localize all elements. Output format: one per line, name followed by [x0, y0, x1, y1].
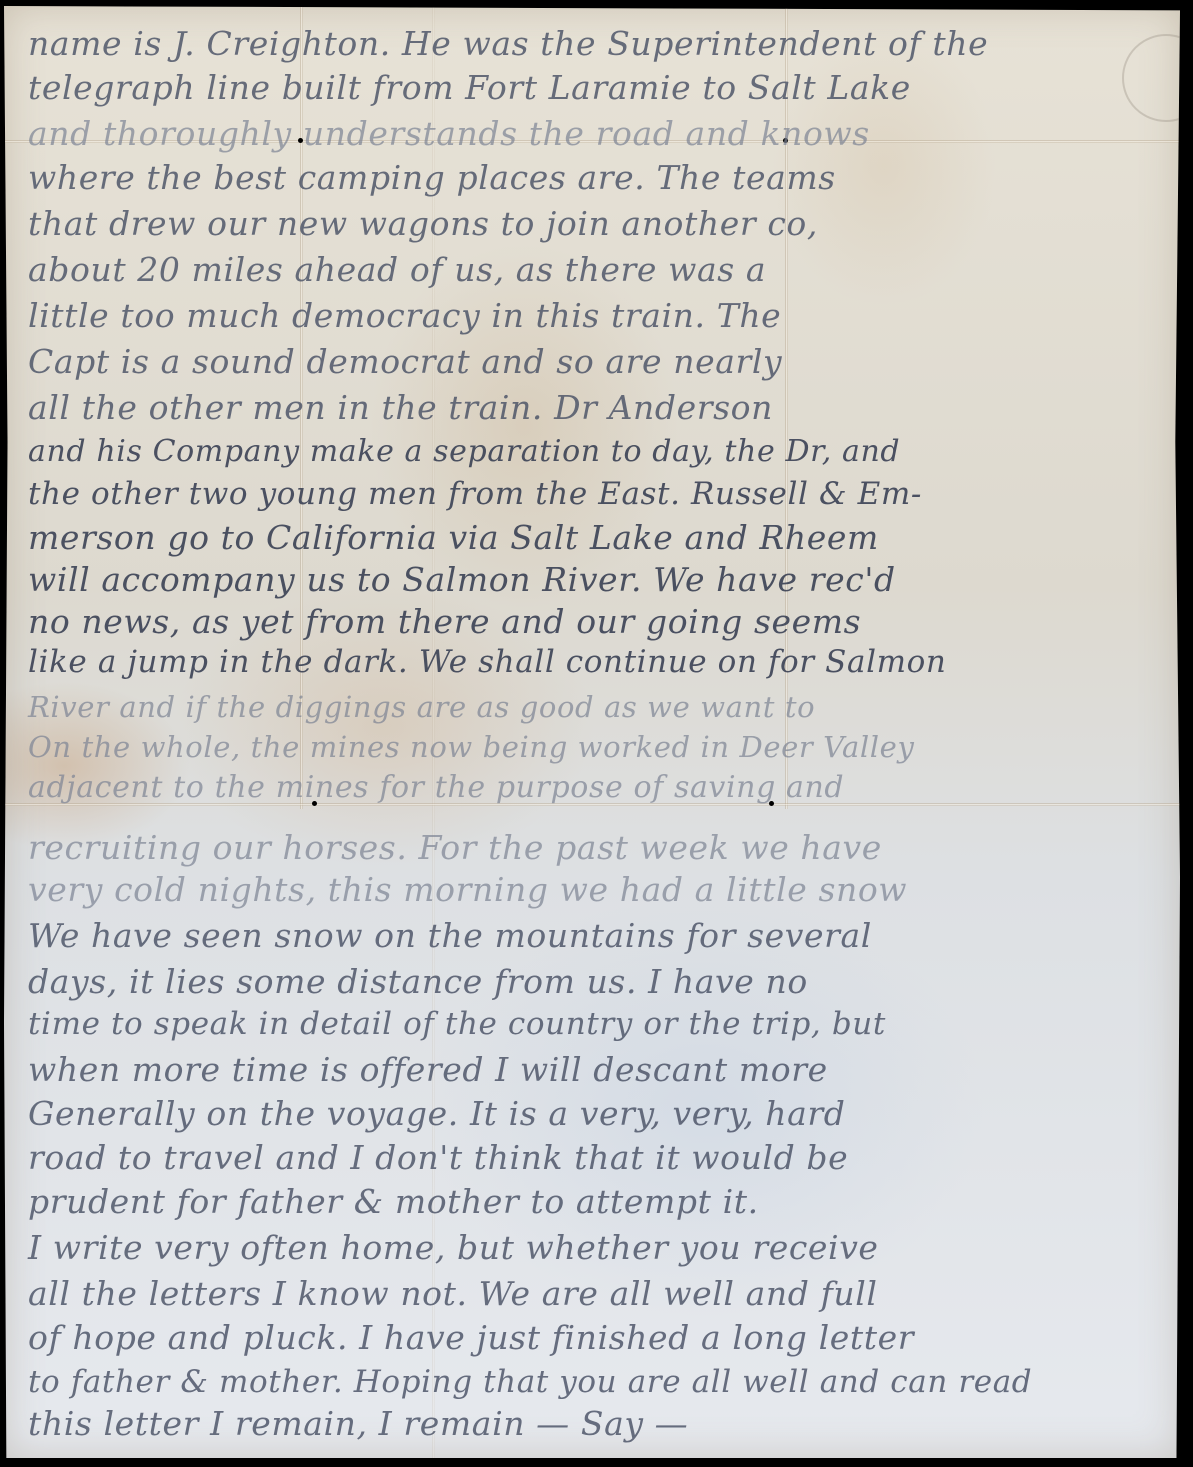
letter-paper: name is J. Creighton. He was the Superin…: [4, 6, 1180, 1458]
letter-line: We have seen snow on the mountains for s…: [28, 916, 1168, 955]
letter-line: of hope and pluck. I have just finished …: [28, 1318, 1168, 1357]
letter-line: merson go to California via Salt Lake an…: [28, 518, 1168, 557]
letter-line: River and if the diggings are as good as…: [28, 690, 1168, 724]
letter-line: name is J. Creighton. He was the Superin…: [28, 24, 1168, 63]
letter-line: prudent for father & mother to attempt i…: [28, 1182, 1168, 1221]
letter-line: Generally on the voyage. It is a very, v…: [28, 1094, 1168, 1133]
letter-body: name is J. Creighton. He was the Superin…: [4, 6, 1180, 1458]
letter-line: very cold nights, this morning we had a …: [28, 870, 1168, 909]
letter-line: little too much democracy in this train.…: [28, 296, 1168, 335]
letter-line: On the whole, the mines now being worked…: [28, 730, 1168, 764]
letter-line: all the letters I know not. We are all w…: [28, 1274, 1168, 1313]
letter-line: will accompany us to Salmon River. We ha…: [28, 560, 1168, 599]
letter-line: all the other men in the train. Dr Ander…: [28, 388, 1168, 427]
letter-line: time to speak in detail of the country o…: [28, 1006, 1168, 1042]
letter-line: adjacent to the mines for the purpose of…: [28, 770, 1168, 805]
letter-line: recruiting our horses. For the past week…: [28, 828, 1168, 867]
letter-line: to father & mother. Hoping that you are …: [28, 1364, 1168, 1400]
letter-line: road to travel and I don't think that it…: [28, 1138, 1168, 1177]
letter-line: days, it lies some distance from us. I h…: [28, 962, 1168, 1001]
letter-line: no news, as yet from there and our going…: [28, 602, 1168, 641]
letter-line: the other two young men from the East. R…: [28, 476, 1168, 512]
letter-line: and thoroughly understands the road and …: [28, 114, 1168, 153]
letter-line: I write very often home, but whether you…: [28, 1228, 1168, 1267]
letter-line: about 20 miles ahead of us, as there was…: [28, 250, 1168, 289]
letter-line: telegraph line built from Fort Laramie t…: [28, 68, 1168, 107]
scan-frame: name is J. Creighton. He was the Superin…: [0, 0, 1193, 1467]
letter-line: that drew our new wagons to join another…: [28, 204, 1168, 243]
letter-line: when more time is offered I will descant…: [28, 1050, 1168, 1089]
letter-line: where the best camping places are. The t…: [28, 158, 1168, 197]
letter-line: and his Company make a separation to day…: [28, 434, 1168, 469]
letter-line: Capt is a sound democrat and so are near…: [28, 342, 1168, 381]
letter-line: this letter I remain, I remain — Say —: [28, 1404, 1168, 1443]
letter-line: like a jump in the dark. We shall contin…: [28, 644, 1168, 680]
